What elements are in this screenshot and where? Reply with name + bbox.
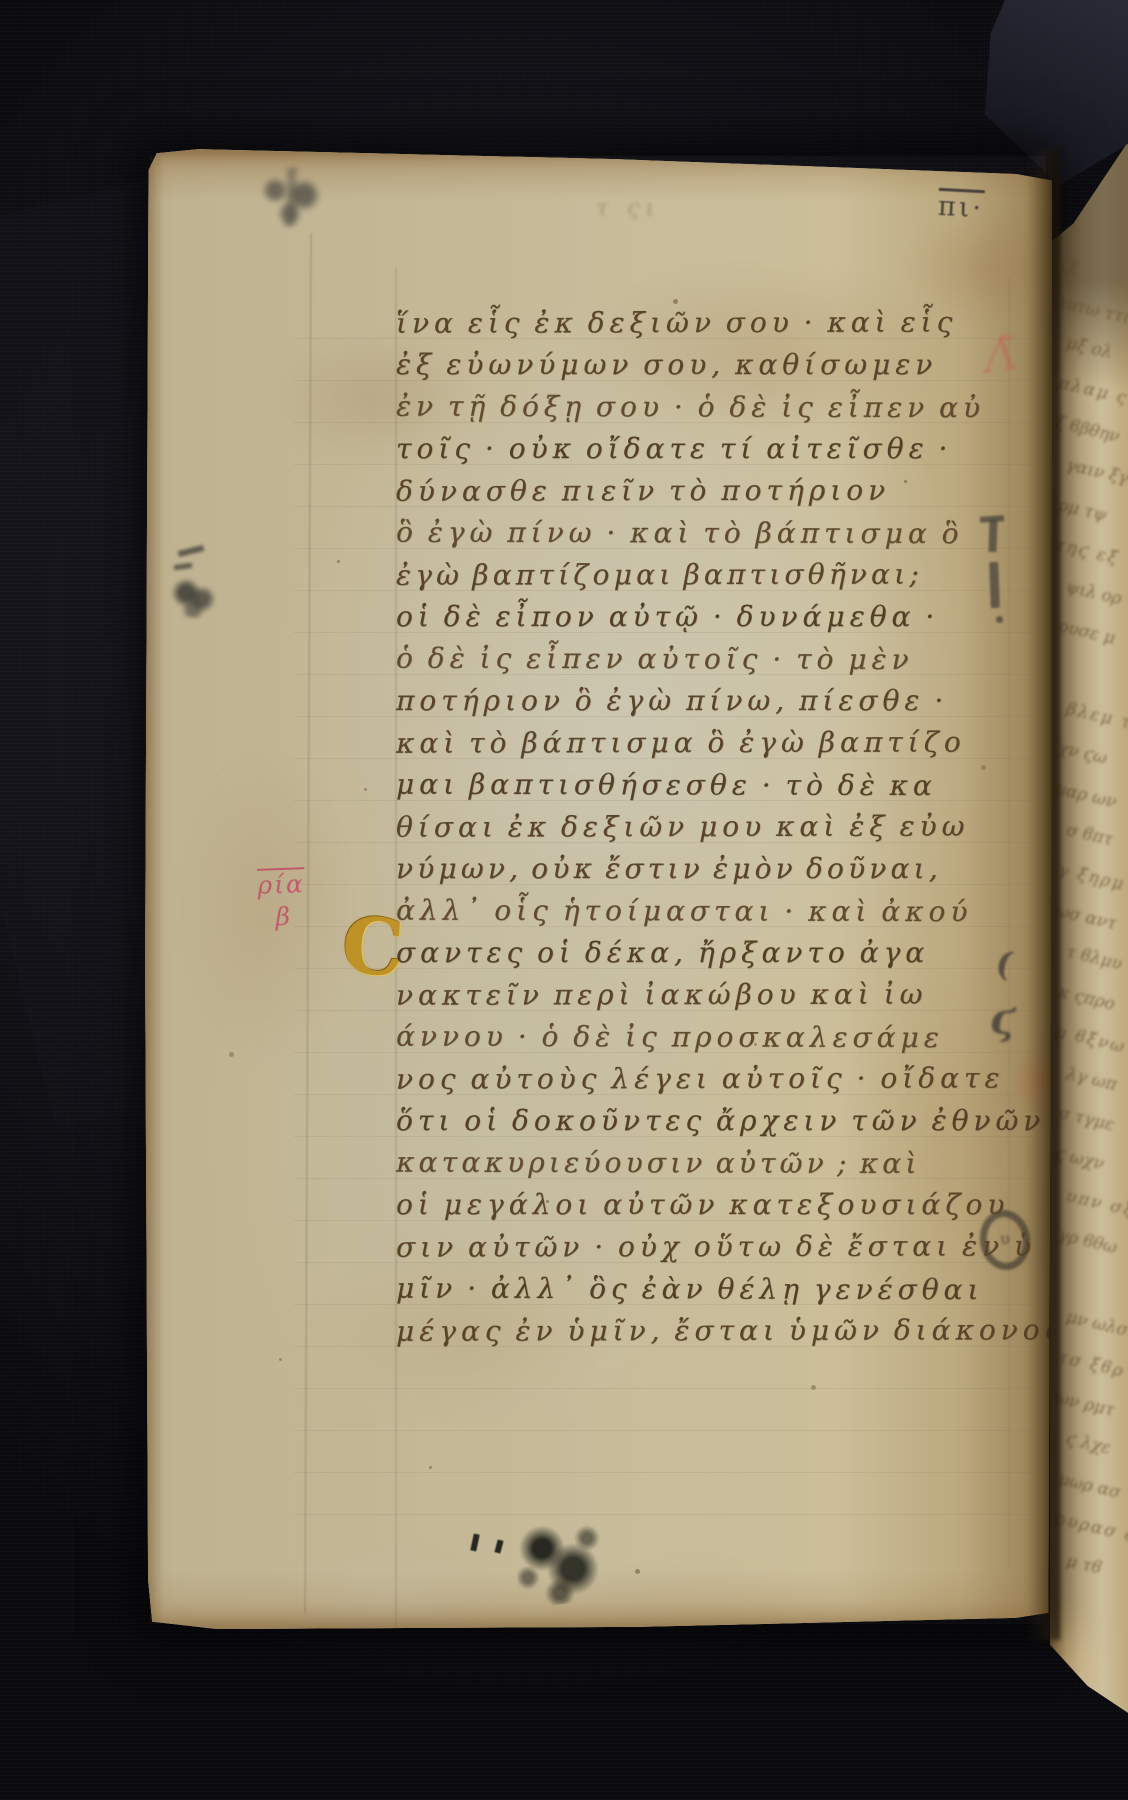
gutter-shadow	[1026, 150, 1060, 1640]
page-edge-vignette	[144, 148, 1052, 1632]
facing-page-edge: ϛχ αυτω ττι μξ ολ πλαμ ς ξ ϐβθην γαιν ξγ…	[1050, 138, 1128, 1724]
manuscript-photo: { "colors":{"parchment":"#c9bd9e","ink":…	[0, 0, 1128, 1800]
manuscript-page: τ ςι πι· Λ̃ ( ϛ υ ρία β C ἵνα εἷς ἐκ δεξ…	[144, 148, 1052, 1632]
facing-page-bleedthrough-text: ϛχ αυτω ττι μξ ολ πλαμ ς ξ ϐβθην γαιν ξγ…	[1054, 254, 1128, 1594]
